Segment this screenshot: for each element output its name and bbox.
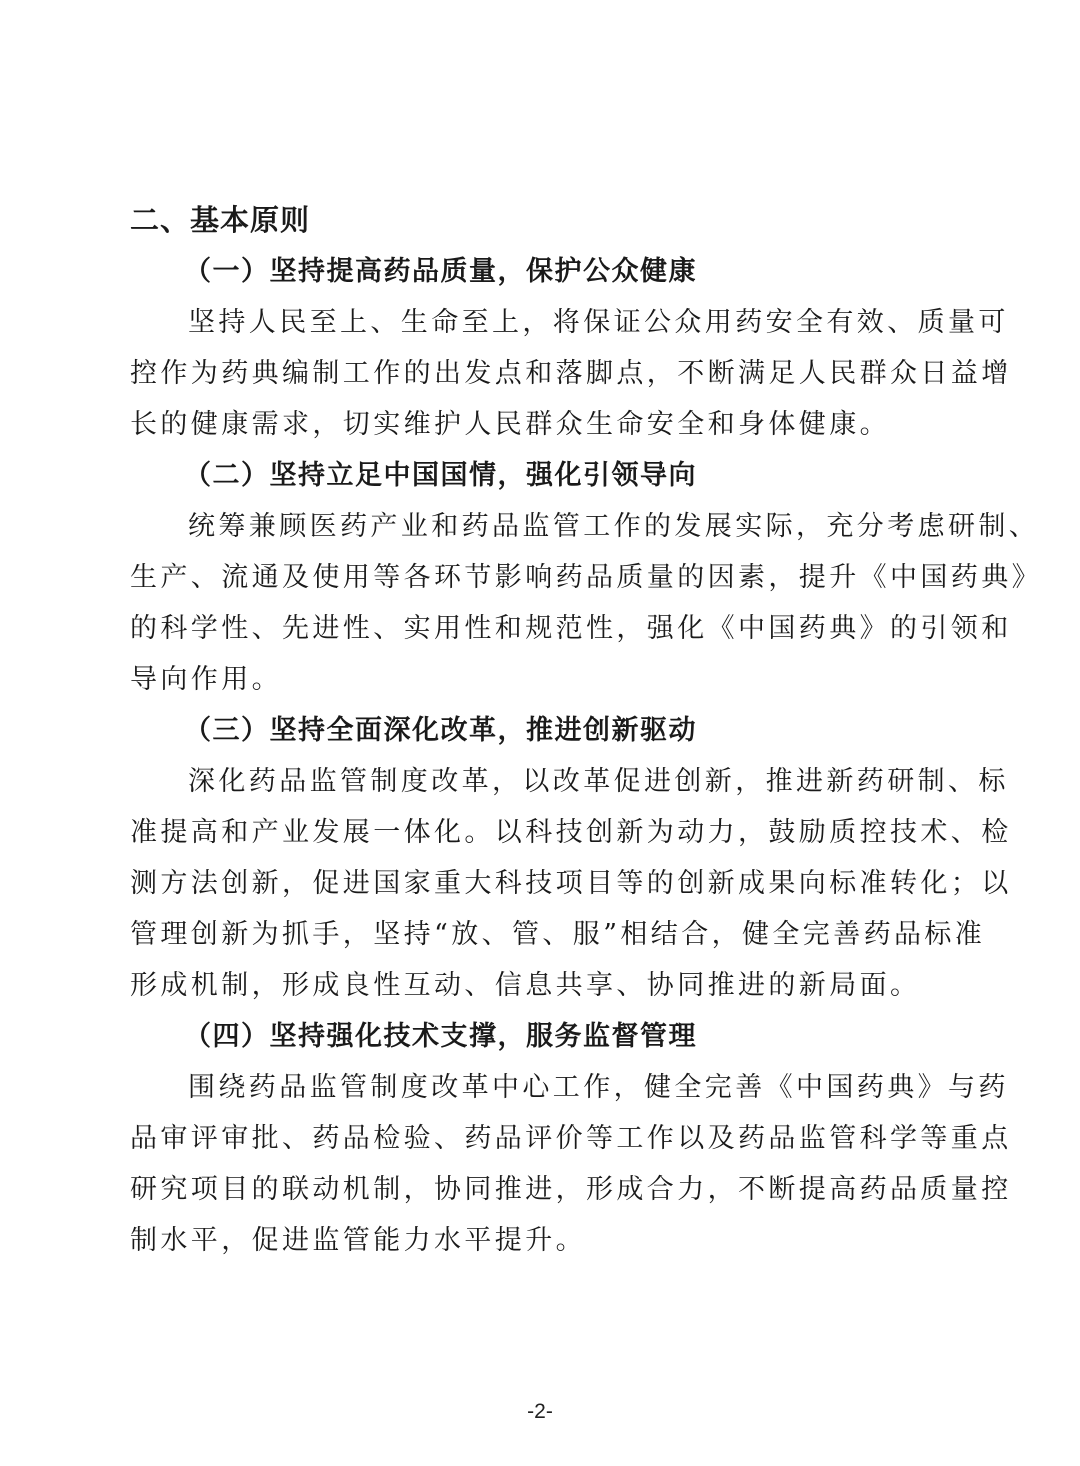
body-line: 研究项目的联动机制，协同推进，形成合力，不断提高药品质量控 [130, 1164, 952, 1215]
body-line: 导向作用。 [130, 654, 952, 705]
principle-4-heading: （四）坚持强化技术支撑，服务监督管理 [130, 1011, 952, 1062]
page-number: -2- [0, 1400, 1080, 1424]
principle-4-body: 围绕药品监管制度改革中心工作，健全完善《中国药典》与药 品审评审批、药品检验、药… [130, 1062, 952, 1266]
section-heading: 二、基本原则 [130, 196, 952, 244]
body-line: 准提高和产业发展一体化。以科技创新为动力，鼓励质控技术、检 [130, 807, 952, 858]
body-line: 长的健康需求，切实维护人民群众生命安全和身体健康。 [130, 399, 952, 450]
principle-1: （一）坚持提高药品质量，保护公众健康 坚持人民至上、生命至上，将保证公众用药安全… [130, 246, 952, 450]
body-line: 形成机制，形成良性互动、信息共享、协同推进的新局面。 [130, 960, 952, 1011]
body-line: 围绕药品监管制度改革中心工作，健全完善《中国药典》与药 [130, 1062, 952, 1113]
principle-2-body: 统筹兼顾医药产业和药品监管工作的发展实际，充分考虑研制、 生产、流通及使用等各环… [130, 501, 952, 705]
principle-2: （二）坚持立足中国国情，强化引领导向 统筹兼顾医药产业和药品监管工作的发展实际，… [130, 450, 952, 705]
body-line: 统筹兼顾医药产业和药品监管工作的发展实际，充分考虑研制、 [130, 501, 952, 552]
body-line: 测方法创新，促进国家重大科技项目等的创新成果向标准转化；以 [130, 858, 952, 909]
principle-3-body: 深化药品监管制度改革，以改革促进创新，推进新药研制、标 准提高和产业发展一体化。… [130, 756, 952, 1011]
principle-2-heading: （二）坚持立足中国国情，强化引领导向 [130, 450, 952, 501]
body-line: 控作为药典编制工作的出发点和落脚点，不断满足人民群众日益增 [130, 348, 952, 399]
body-line: 的科学性、先进性、实用性和规范性，强化《中国药典》的引领和 [130, 603, 952, 654]
body-line: 坚持人民至上、生命至上，将保证公众用药安全有效、质量可 [130, 297, 952, 348]
body-line: 制水平，促进监管能力水平提升。 [130, 1215, 952, 1266]
principle-4: （四）坚持强化技术支撑，服务监督管理 围绕药品监管制度改革中心工作，健全完善《中… [130, 1011, 952, 1266]
body-line: 生产、流通及使用等各环节影响药品质量的因素，提升《中国药典》 [130, 552, 952, 603]
principle-1-body: 坚持人民至上、生命至上，将保证公众用药安全有效、质量可 控作为药典编制工作的出发… [130, 297, 952, 450]
body-line: 品审评审批、药品检验、药品评价等工作以及药品监管科学等重点 [130, 1113, 952, 1164]
body-line: 管理创新为抓手，坚持“放、管、服”相结合，健全完善药品标准 [130, 909, 952, 960]
principle-3-heading: （三）坚持全面深化改革，推进创新驱动 [130, 705, 952, 756]
document-page: 二、基本原则 （一）坚持提高药品质量，保护公众健康 坚持人民至上、生命至上，将保… [130, 196, 952, 1266]
body-line: 深化药品监管制度改革，以改革促进创新，推进新药研制、标 [130, 756, 952, 807]
principle-3: （三）坚持全面深化改革，推进创新驱动 深化药品监管制度改革，以改革促进创新，推进… [130, 705, 952, 1011]
principle-1-heading: （一）坚持提高药品质量，保护公众健康 [130, 246, 952, 297]
